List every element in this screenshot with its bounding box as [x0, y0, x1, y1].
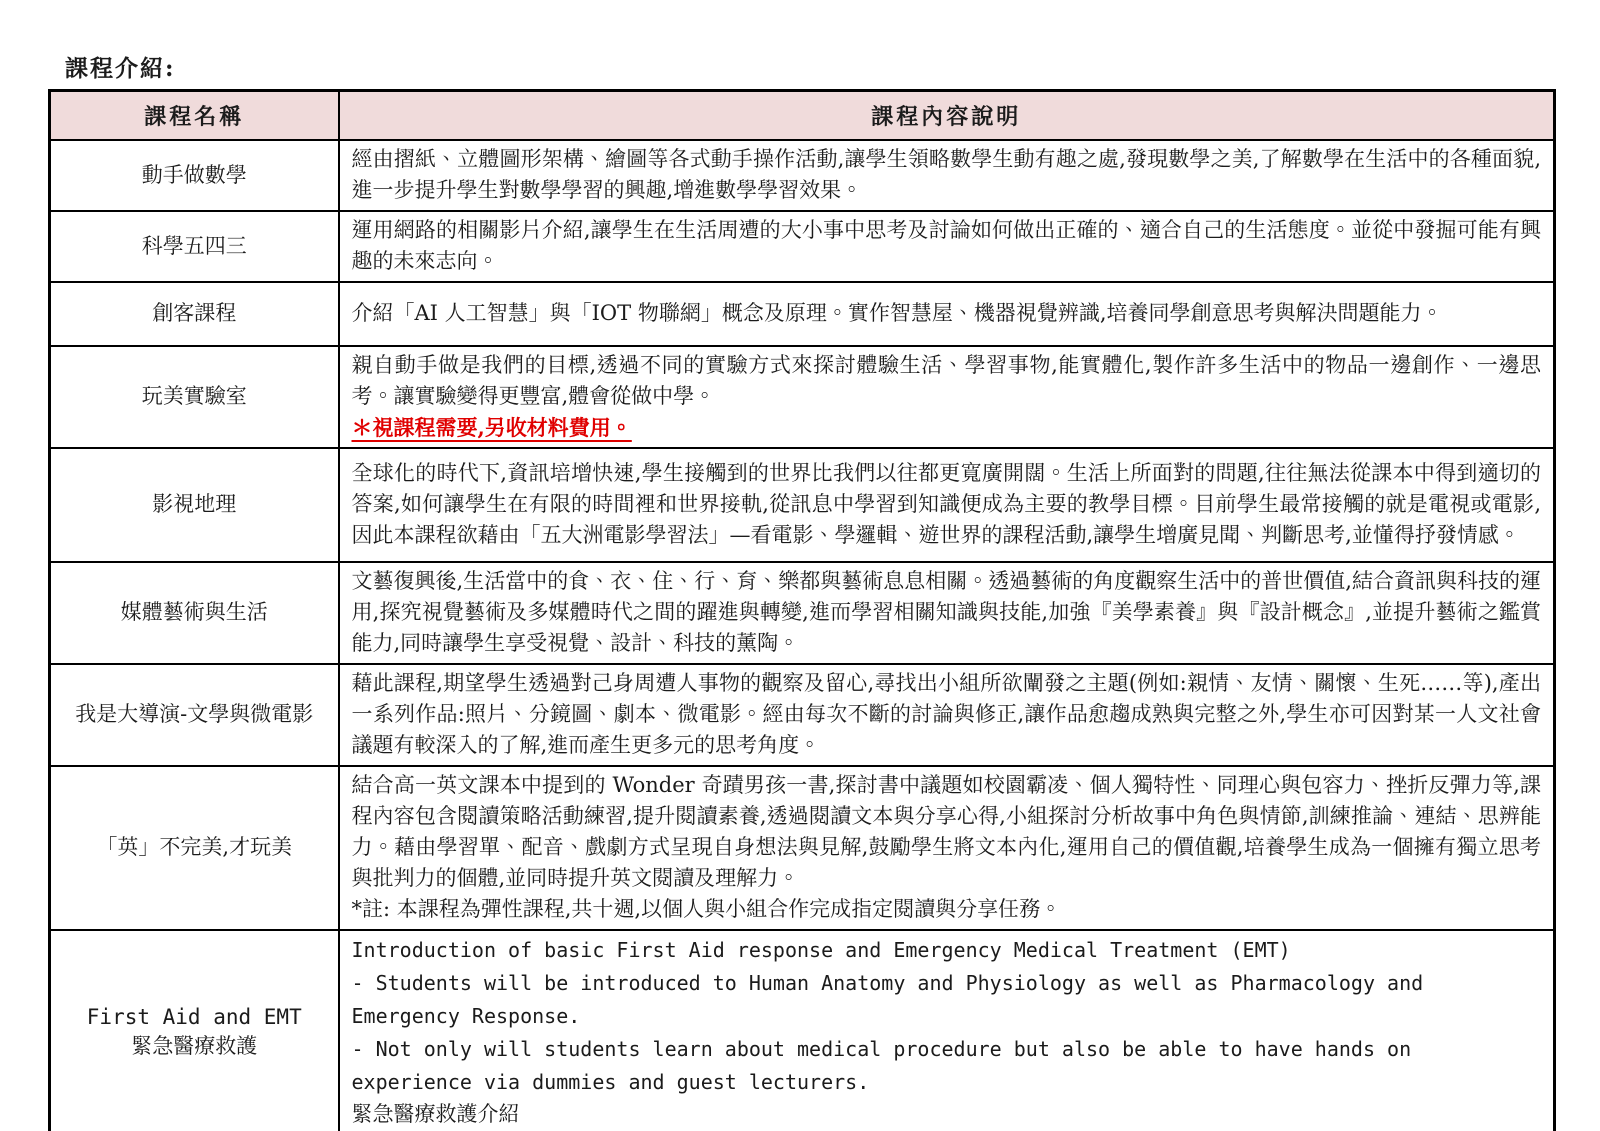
- table-row: 玩美實驗室 親自動手做是我們的目標,透過不同的實驗方式來探討體驗生活、學習事物,…: [50, 346, 1555, 448]
- course-name: 媒體藝術與生活: [57, 598, 332, 627]
- course-description-paragraph: 藉此課程,期望學生透過對己身周遭人事物的觀察及留心,尋找出小組所欲闡發之主題(例…: [352, 668, 1542, 761]
- table-row: 媒體藝術與生活 文藝復興後,生活當中的食、衣、住、行、育、樂都與藝術息息相關。透…: [50, 562, 1555, 664]
- course-description-cell: 全球化的時代下,資訊培增快速,學生接觸到的世界比我們以往都更寬廣開闊。生活上所面…: [339, 448, 1555, 562]
- table-row: First Aid and EMT緊急醫療救護 Introduction of …: [50, 930, 1555, 1131]
- table-row: 科學五四三 運用網路的相關影片介紹,讓學生在生活周遭的大小事中思考及討論如何做出…: [50, 211, 1555, 282]
- course-name-cell: 科學五四三: [50, 211, 339, 282]
- course-name-cell: 「英」不完美,才玩美: [50, 766, 339, 930]
- course-name-cell: 創客課程: [50, 282, 339, 346]
- course-name: 緊急醫療救護: [57, 1032, 332, 1061]
- course-description-paragraph: 運用網路的相關影片介紹,讓學生在生活周遭的大小事中思考及討論如何做出正確的、適合…: [352, 215, 1542, 277]
- header-course-description: 課程內容說明: [339, 91, 1555, 140]
- course-description-cell: 運用網路的相關影片介紹,讓學生在生活周遭的大小事中思考及討論如何做出正確的、適合…: [339, 211, 1555, 282]
- course-description-paragraph: 介紹「AI 人工智慧」與「IOT 物聯網」概念及原理。實作智慧屋、機器視覺辨識,…: [352, 298, 1542, 329]
- course-name: First Aid and EMT: [57, 1003, 332, 1032]
- course-name: 創客課程: [57, 299, 332, 328]
- course-name: 動手做數學: [57, 161, 332, 190]
- course-table-body: 動手做數學 經由摺紙、立體圖形架構、繪圖等各式動手操作活動,讓學生領略數學生動有…: [50, 140, 1555, 1131]
- course-description-paragraph: *註: 本課程為彈性課程,共十週,以個人與小組合作完成指定閱讀與分享任務。: [352, 894, 1542, 925]
- course-description-cell: Introduction of basic First Aid response…: [339, 930, 1555, 1131]
- document-page: 課程介紹: 課程名稱 課程內容說明 動手做數學 經由摺紙、立體圖形架構、繪圖等各…: [0, 0, 1600, 1131]
- course-name: 影視地理: [57, 490, 332, 519]
- table-row: 「英」不完美,才玩美 結合高一英文課本中提到的 Wonder 奇蹟男孩一書,探討…: [50, 766, 1555, 930]
- table-row: 創客課程 介紹「AI 人工智慧」與「IOT 物聯網」概念及原理。實作智慧屋、機器…: [50, 282, 1555, 346]
- course-name: 我是大導演-文學與微電影: [57, 700, 332, 729]
- course-table: 課程名稱 課程內容說明 動手做數學 經由摺紙、立體圖形架構、繪圖等各式動手操作活…: [48, 89, 1556, 1131]
- course-name-cell: 動手做數學: [50, 140, 339, 211]
- course-description-paragraph: 緊急醫療救護介紹: [352, 1099, 1542, 1130]
- course-description-cell: 親自動手做是我們的目標,透過不同的實驗方式來探討體驗生活、學習事物,能實體化,製…: [339, 346, 1555, 448]
- table-row: 動手做數學 經由摺紙、立體圖形架構、繪圖等各式動手操作活動,讓學生領略數學生動有…: [50, 140, 1555, 211]
- course-description-paragraph: 結合高一英文課本中提到的 Wonder 奇蹟男孩一書,探討書中議題如校園霸凌、個…: [352, 770, 1542, 894]
- course-name-cell: 影視地理: [50, 448, 339, 562]
- table-row: 我是大導演-文學與微電影 藉此課程,期望學生透過對己身周遭人事物的觀察及留心,尋…: [50, 664, 1555, 766]
- course-description-cell: 結合高一英文課本中提到的 Wonder 奇蹟男孩一書,探討書中議題如校園霸凌、個…: [339, 766, 1555, 930]
- course-name: 科學五四三: [57, 232, 332, 261]
- header-row: 課程名稱 課程內容說明: [50, 91, 1555, 140]
- course-description-paragraph: 文藝復興後,生活當中的食、衣、住、行、育、樂都與藝術息息相關。透過藝術的角度觀察…: [352, 566, 1542, 659]
- course-name: 玩美實驗室: [57, 382, 332, 411]
- course-description-paragraph: 經由摺紙、立體圖形架構、繪圖等各式動手操作活動,讓學生領略數學生動有趣之處,發現…: [352, 144, 1542, 206]
- course-table-header: 課程名稱 課程內容說明: [50, 91, 1555, 140]
- course-description-paragraph: Introduction of basic First Aid response…: [352, 934, 1542, 967]
- course-name-cell: 玩美實驗室: [50, 346, 339, 448]
- page-title: 課程介紹:: [65, 50, 1556, 83]
- header-course-name: 課程名稱: [50, 91, 339, 140]
- course-description-paragraph: 親自動手做是我們的目標,透過不同的實驗方式來探討體驗生活、學習事物,能實體化,製…: [352, 350, 1542, 412]
- course-name-cell: First Aid and EMT緊急醫療救護: [50, 930, 339, 1131]
- course-description-cell: 文藝復興後,生活當中的食、衣、住、行、育、樂都與藝術息息相關。透過藝術的角度觀察…: [339, 562, 1555, 664]
- course-description-paragraph: 全球化的時代下,資訊培增快速,學生接觸到的世界比我們以往都更寬廣開闊。生活上所面…: [352, 458, 1542, 551]
- course-description-cell: 藉此課程,期望學生透過對己身周遭人事物的觀察及留心,尋找出小組所欲闡發之主題(例…: [339, 664, 1555, 766]
- course-name-cell: 我是大導演-文學與微電影: [50, 664, 339, 766]
- course-description-paragraph: - Students will be introduced to Human A…: [352, 967, 1542, 1033]
- course-description-cell: 介紹「AI 人工智慧」與「IOT 物聯網」概念及原理。實作智慧屋、機器視覺辨識,…: [339, 282, 1555, 346]
- fee-note: ＊視課程需要,另收材料費用。: [352, 412, 1542, 443]
- course-name-cell: 媒體藝術與生活: [50, 562, 339, 664]
- course-description-paragraph: - Not only will students learn about med…: [352, 1033, 1542, 1099]
- course-description-cell: 經由摺紙、立體圖形架構、繪圖等各式動手操作活動,讓學生領略數學生動有趣之處,發現…: [339, 140, 1555, 211]
- table-row: 影視地理 全球化的時代下,資訊培增快速,學生接觸到的世界比我們以往都更寬廣開闊。…: [50, 448, 1555, 562]
- course-name: 「英」不完美,才玩美: [57, 833, 332, 862]
